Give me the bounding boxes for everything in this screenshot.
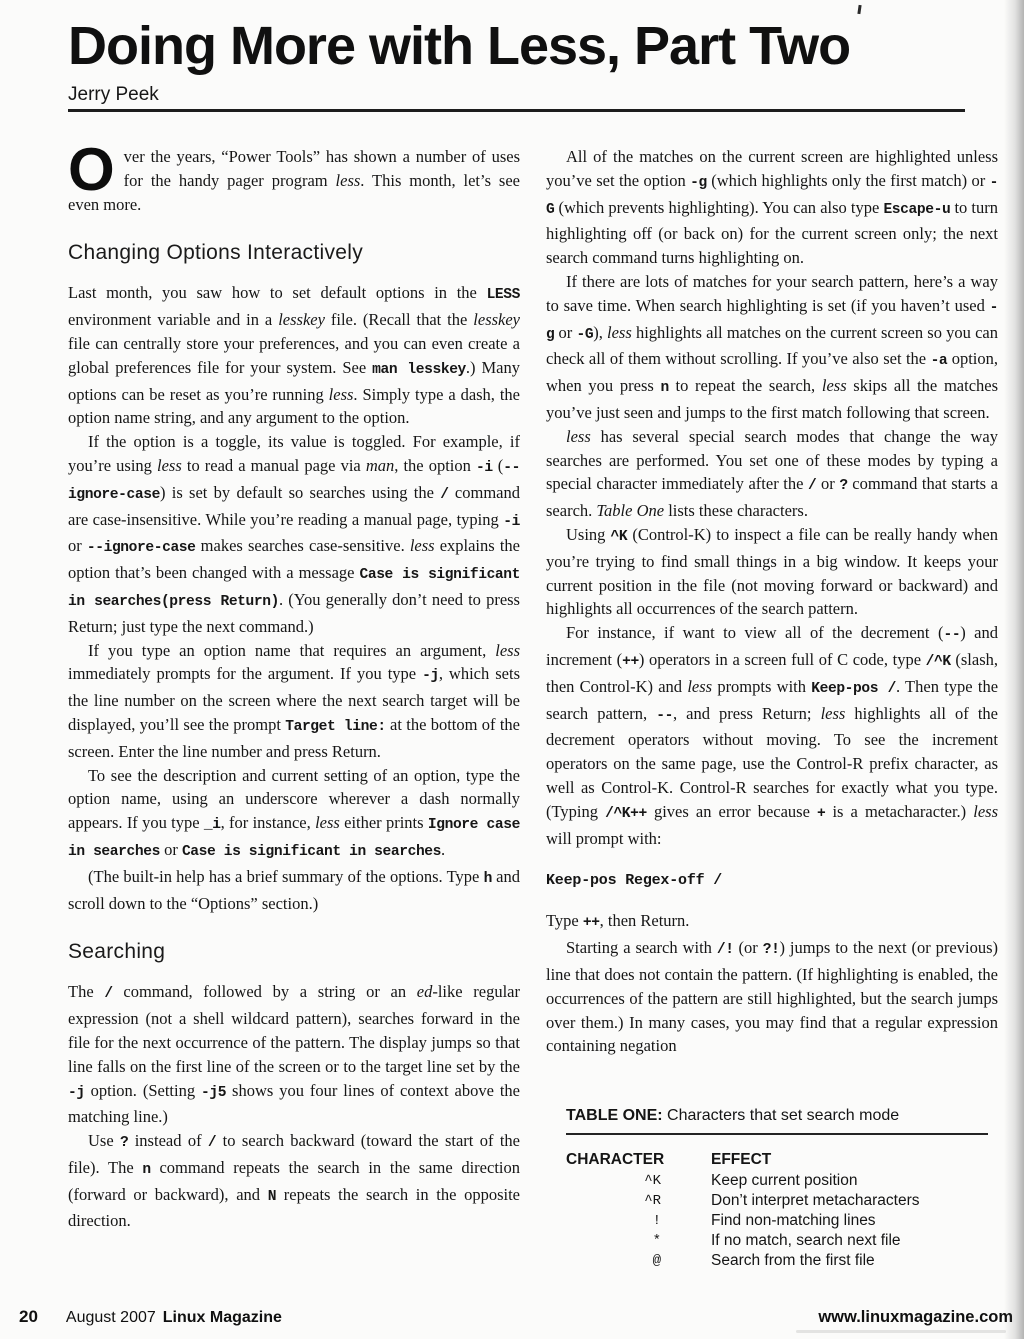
magazine-website: www.linuxmagazine.com (818, 1308, 1013, 1327)
table-one-label: TABLE ONE: (566, 1107, 663, 1124)
paragraph: If there are lots of matches for your se… (546, 270, 998, 425)
column-right-text: All of the matches on the current screen… (546, 145, 998, 1058)
table-cell-effect: Keep current position (711, 1171, 988, 1191)
table-cell-character: ^R (566, 1191, 711, 1211)
page-footer: 20 August 2007 Linux Magazine www.linuxm… (0, 1307, 1024, 1327)
table-one-title: TABLE ONE: Characters that set search mo… (566, 1106, 988, 1135)
table-header-effect: EFFECT (711, 1150, 988, 1171)
section-heading: Searching (68, 939, 520, 965)
table-one-caption: Characters that set search mode (667, 1107, 899, 1124)
paragraph: If you type an option name that requires… (68, 639, 520, 764)
table-header-character: CHARACTER (566, 1150, 711, 1171)
table-cell-character: * (566, 1231, 711, 1251)
paragraph: To see the description and current setti… (68, 764, 520, 865)
paragraph: less has several special search modes th… (546, 425, 998, 523)
paragraph: Use ? instead of / to search backward (t… (68, 1129, 520, 1233)
table-cell-character: @ (566, 1251, 711, 1271)
magazine-page: Doing More with Less, Part Two Jerry Pee… (0, 0, 1024, 1339)
paragraph: All of the matches on the current screen… (546, 145, 998, 270)
paragraph: Type ++, then Return. (546, 909, 998, 936)
column-right: All of the matches on the current screen… (546, 145, 998, 1271)
byline: Jerry Peek (68, 84, 965, 106)
table-cell-effect: If no match, search next file (711, 1231, 988, 1251)
paragraph: If the option is a toggle, its value is … (68, 430, 520, 638)
paragraph: For instance, if want to view all of the… (546, 621, 998, 850)
code-block: Keep-pos Regex-off / (546, 872, 998, 889)
column-left: Over the years, “Power Tools” has shown … (68, 145, 520, 1233)
paragraph: (The built-in help has a brief summary o… (68, 865, 520, 916)
article-title: Doing More with Less, Part Two (68, 16, 965, 76)
section-heading: Changing Options Interactively (68, 240, 520, 266)
page-number: 20 (19, 1307, 38, 1327)
paragraph: The / command, followed by a string or a… (68, 980, 520, 1129)
table-one-grid: CHARACTER EFFECT ^KKeep current position… (566, 1150, 988, 1271)
table-cell-character: ^K (566, 1171, 711, 1191)
paragraph: Starting a search with /! (or ?!) jumps … (546, 936, 998, 1058)
article-header: Doing More with Less, Part Two Jerry Pee… (0, 0, 1024, 112)
paragraph: Over the years, “Power Tools” has shown … (68, 145, 520, 216)
table-cell-effect: Search from the first file (711, 1251, 988, 1271)
paragraph: Using ^K (Control-K) to inspect a file c… (546, 523, 998, 621)
magazine-name: Linux Magazine (163, 1309, 282, 1327)
table-cell-character: ! (566, 1211, 711, 1231)
issue-date: August 2007 (66, 1309, 156, 1327)
table-one: TABLE ONE: Characters that set search mo… (566, 1106, 988, 1271)
scan-smudge (796, 1330, 1006, 1333)
dropcap: O (68, 145, 124, 192)
paragraph: Last month, you saw how to set default o… (68, 281, 520, 430)
article-body: Over the years, “Power Tools” has shown … (0, 112, 1024, 1271)
table-cell-effect: Don’t interpret metacharacters (711, 1191, 988, 1211)
table-cell-effect: Find non-matching lines (711, 1211, 988, 1231)
